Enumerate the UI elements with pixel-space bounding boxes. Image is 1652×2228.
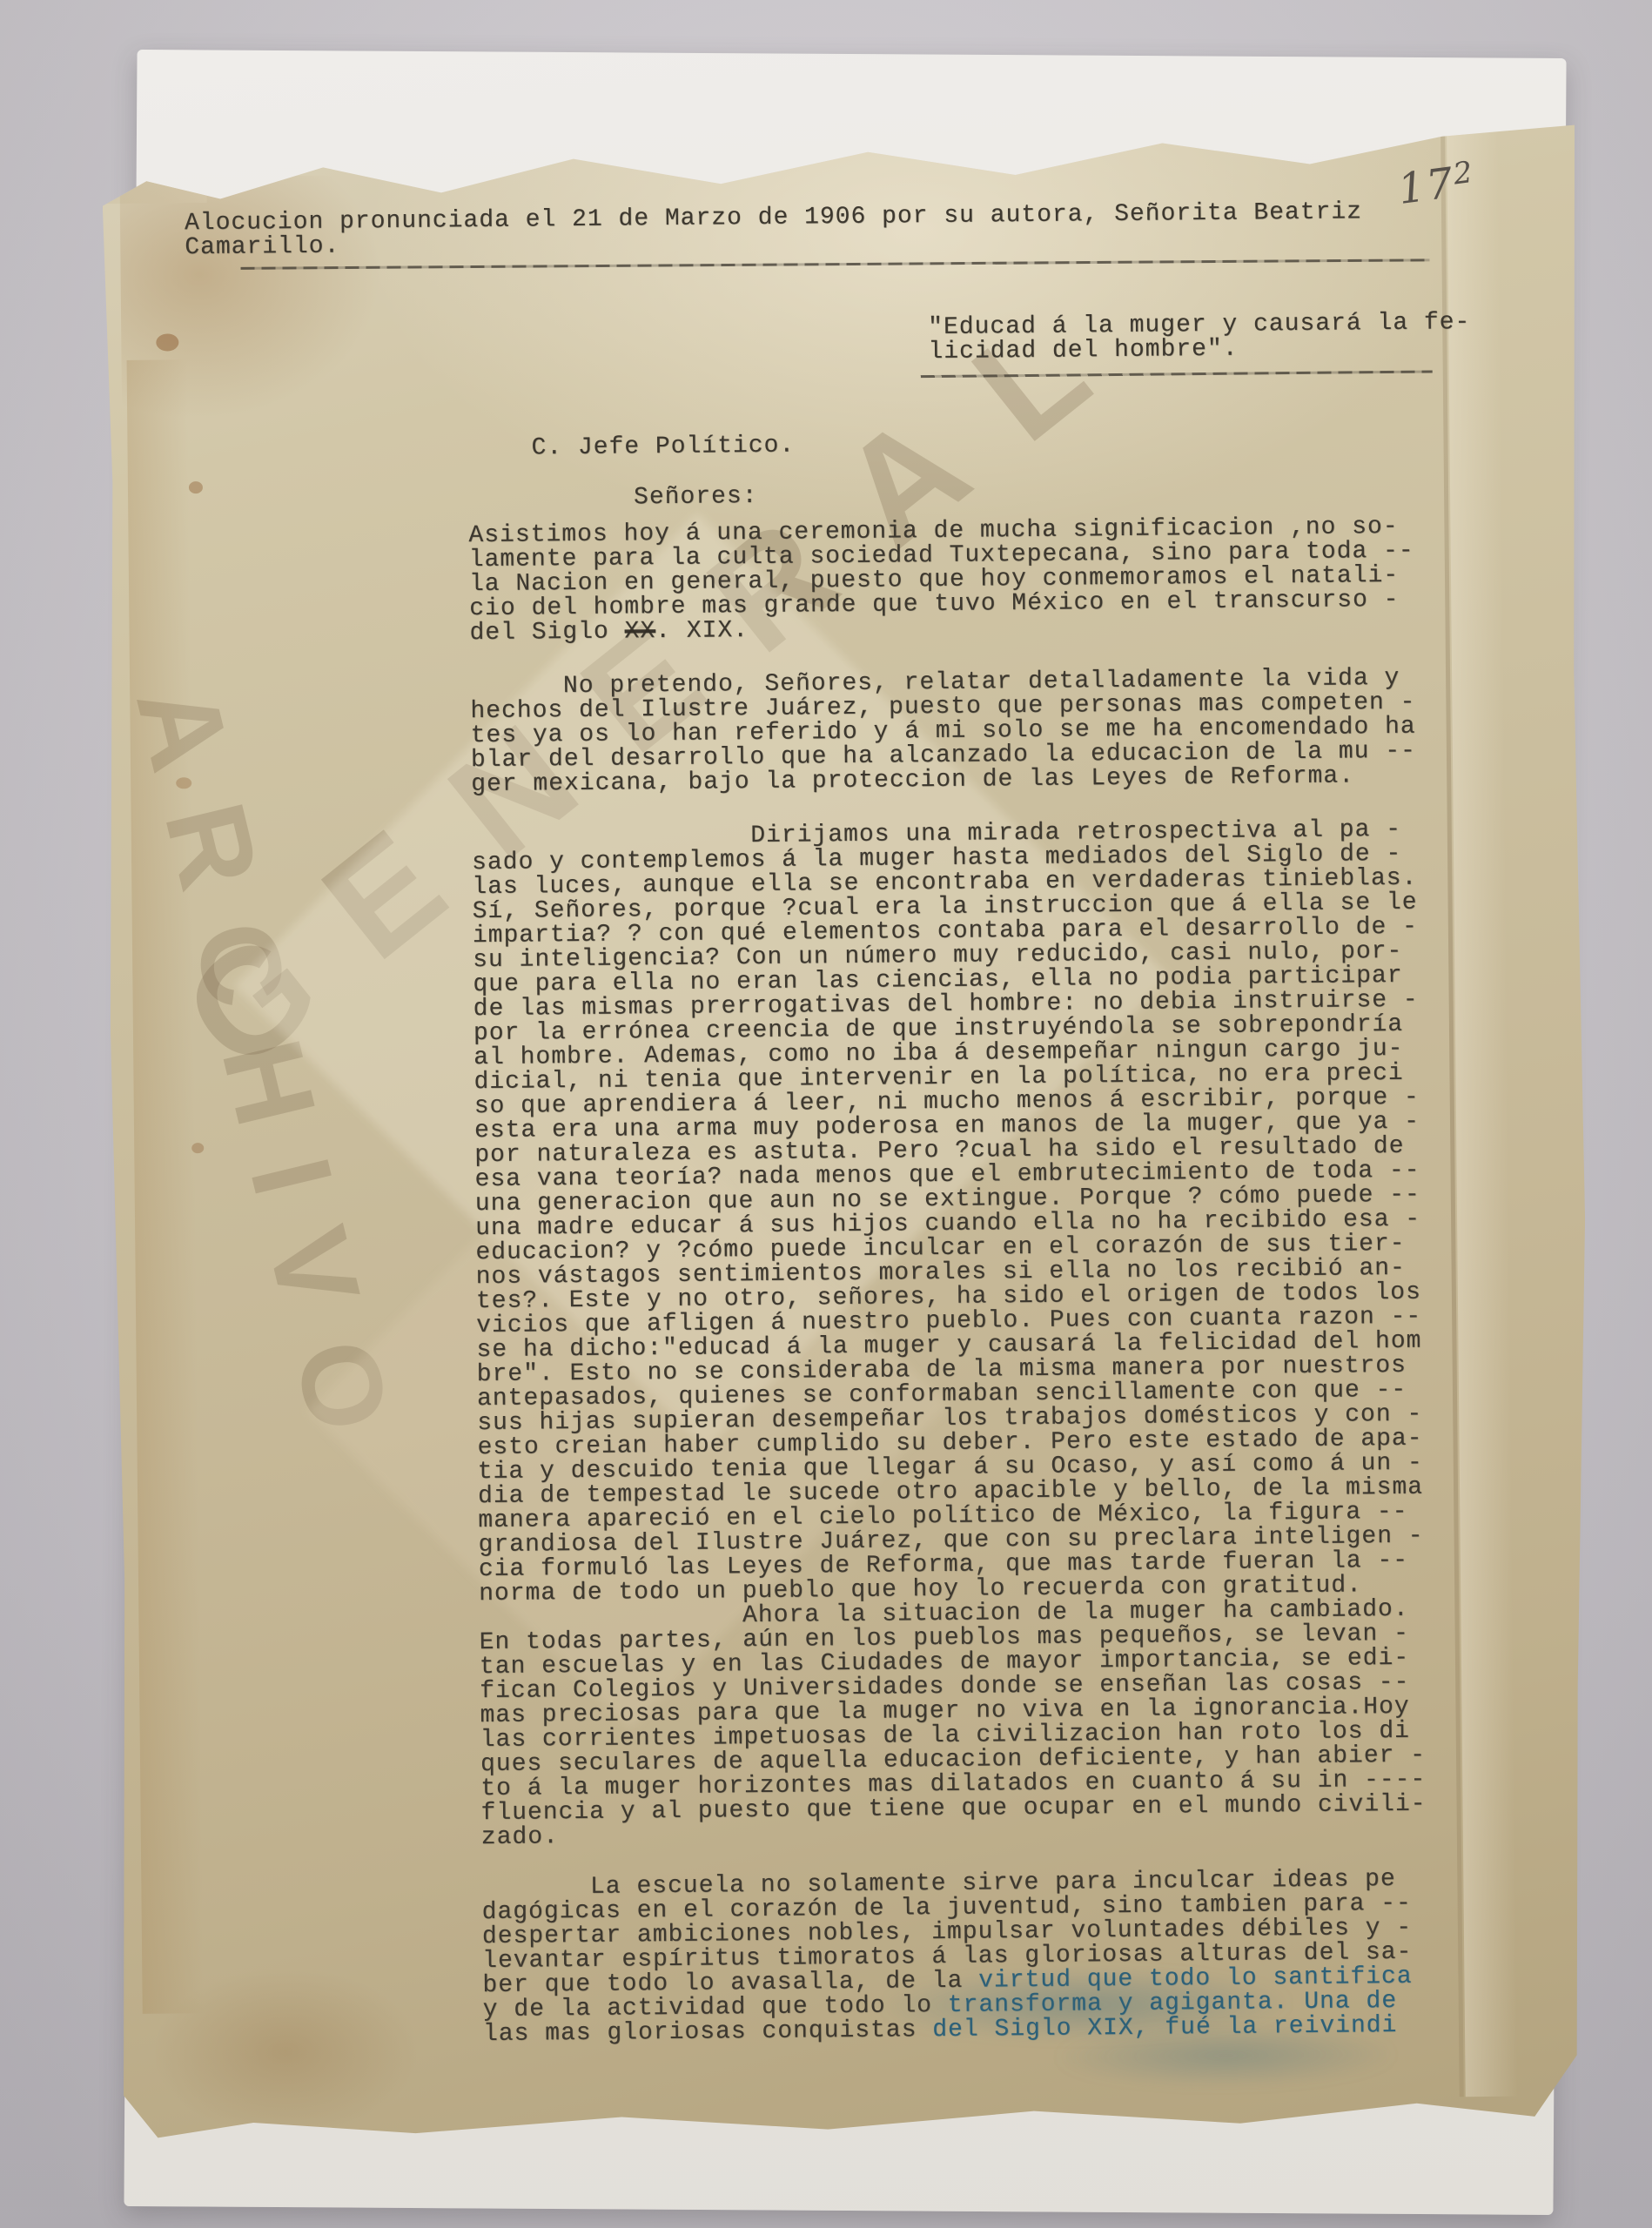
stain-speck [156,333,178,351]
body-text-column: Asistimos hoy á una ceremonia de mucha s… [468,514,1501,2047]
stain-speck [191,1143,204,1153]
paragraph-4-lines: Ahora la situacion de la muger ha cambia… [479,1597,1500,1850]
paragraph-4: Ahora la situacion de la muger ha cambia… [479,1597,1500,1850]
paragraph-3-lines: Dirijamos una mirada retrospectiva al pa… [472,817,1498,1607]
blue-ink-segment: del Siglo XIX, fué la reivindi [932,2012,1397,2043]
stain-speck [189,481,203,493]
paragraph-3: Dirijamos una mirada retrospectiva al pa… [472,817,1498,1607]
stain-speck [176,777,191,789]
salutation: C. Jefe Político. [531,434,795,461]
greeting: Señores: [634,485,758,510]
watermark-archivo: ARCHIVO [111,673,426,1483]
p1-tail-pre: del Siglo [469,618,624,647]
struck-out-text: XX [624,618,655,645]
stain-bottom-left [154,1968,417,2136]
black-ink-segment: las mas gloriosas conquistas [483,2017,933,2048]
paragraph-5-lines: La escuela no solamente sirve para incul… [481,1867,1501,1974]
paragraph-2-lines: No pretendo, Señores, relatar detalladam… [470,666,1489,797]
handwritten-page-number: 172 [1396,160,1477,202]
header-underline-rule [241,258,1430,270]
document-page: GENERAL ARCHIVO 172 Alocucion pronunciad… [102,103,1594,2146]
document-title: Alocucion pronunciada el 21 de Marzo de … [185,200,1362,260]
epigraph-underline-rule [921,371,1433,379]
p1-tail-post: . XIX. [655,617,749,645]
page-number-sup: 2 [1451,155,1476,192]
photo-backdrop: { "page_number": {"main": "17", "sup": "… [0,0,1652,2228]
epigraph-quote: "Educad á la muger y causará la fe- lici… [928,311,1471,365]
page-number-main: 17 [1395,158,1458,214]
paragraph-1: Asistimos hoy á una ceremonia de mucha s… [468,514,1487,646]
paragraph-5: La escuela no solamente sirve para incul… [481,1867,1501,2047]
paragraph-2: No pretendo, Señores, relatar detalladam… [470,666,1489,797]
paragraph-1-lines: Asistimos hoy á una ceremonia de mucha s… [468,514,1487,621]
stain-left-edge [127,359,204,2014]
